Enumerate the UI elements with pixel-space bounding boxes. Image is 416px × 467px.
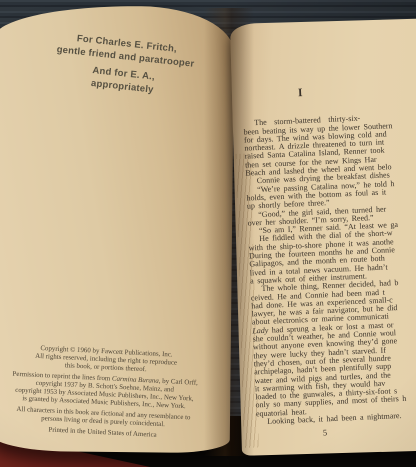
page-number: 5 <box>323 423 416 437</box>
chapter-text: I The storm-battered thirty-six-been bea… <box>242 83 416 440</box>
copyright-block: Copyright © 1960 by Fawcett Publications… <box>0 343 219 443</box>
chapter-number: I <box>298 83 416 97</box>
dedication-block: For Charles E. Fritch,gentle friend and … <box>24 27 225 104</box>
left-page: For Charles E. Fritch,gentle friend and … <box>0 5 234 453</box>
right-page: I The storm-battered thirty-six-been bea… <box>230 18 416 456</box>
chapter-lines: The storm-battered thirty-six-been beati… <box>243 111 416 426</box>
